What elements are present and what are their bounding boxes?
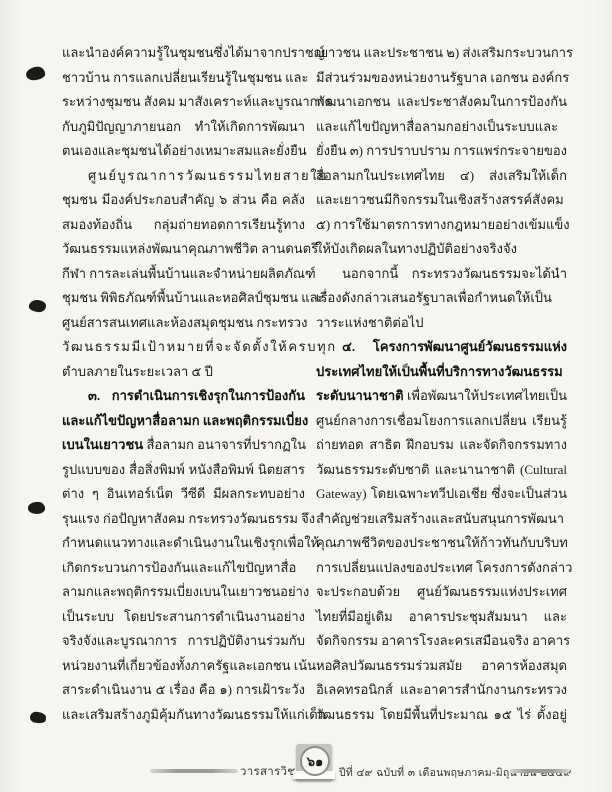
text-line: ให้บังเกิดผลในทางปฏิบัติอย่างจริงจัง [316,237,567,262]
text-line: ศูนย์สารสนเทศและห้องสมุดชุมชน กระทรวง [62,311,305,336]
ink-smudge [28,501,46,514]
text-line: สาระดำเนินงาน ๕ เรื่อง คือ ๑) การเฝ้าระว… [62,678,305,703]
text-line: พัฒนาเอกชน และประชาสังคมในการป้องกัน [316,90,567,115]
text-line: ตนเองและชุมชนได้อย่างเหมาะสมและยั่งยืน [62,139,305,164]
text-line: สมองท้องถิ่น กลุ่มถ่ายทอดการเรียนรู้ทาง [62,213,305,238]
text-line: รุนแรง ก่อปัญหาสังคม กระทรวงวัฒนธรรม จึง [62,507,305,532]
page-number-badge: ๖๑ [296,744,332,781]
scanned-document-page: และนำองค์ความรู้ในชุมชนซึ่งได้มาจากปราชญ… [0,0,612,792]
ink-smudge [29,711,46,724]
text-line: และนำองค์ความรู้ในชุมชนซึ่งได้มาจากปราชญ… [62,41,305,66]
page-footer: วารสารวิชาการ ๖๑ ปีที่ ๔๙ ฉบับที่ ๓ เดือ… [0,740,612,792]
text-line: วัฒนธรรมมีเป้าหมายที่จะจัดตั้งให้ครบทุก [62,335,305,360]
text-line: ๓. การดำเนินการเชิงรุกในการป้องกัน [62,384,305,409]
text-line: อิเลคทรอนิกส์ และอาคารสำนักงานกระทรวง [316,678,567,703]
ink-smudge [29,299,47,312]
bold-text: ๓. การดำเนินการเชิงรุกในการป้องกัน [88,388,305,403]
text-column-right: เยาวชน และประชาชน ๒) ส่งเสริมกระบวนการมี… [316,41,567,727]
page-number: ๖๑ [300,746,330,776]
text-line: จริงจังและบูรณาการ การปฏิบัติงานร่วมกับ [62,629,305,654]
ink-smudge [25,66,46,82]
text-line: ระดับนานาชาติ เพื่อพัฒนาให้ประเทศไทยเป็น [316,384,567,409]
text-line: ยั่งยืน ๓) การปราบปราม การแพร่กระจายของ [316,139,567,164]
text-line: ถ่ายทอด สาธิต ฝึกอบรม และจัดกิจกรรมทาง [316,433,567,458]
footer-rule-right [510,769,569,773]
text-line: กำหนดแนวทางและดำเนินงานในเชิงรุกเพื่อให้ [62,531,305,556]
text-line: วัฒนธรรม โดยมีพื้นที่ประมาณ ๑๕ ไร่ ตั้งอ… [316,703,567,728]
text-line: รูปแบบของ สื่อสิ่งพิมพ์ หนังสือพิมพ์ นิต… [62,458,305,483]
text-line: วัฒนธรรมระดับชาติ และนานาชาติ (Cultural [316,458,567,483]
text-line: และเยาวชนมีกิจกรรมในเชิงสร้างสรรค์สังคม [316,188,567,213]
text-line: เกิดกระบวนการป้องกันและแก้ไขปัญหาสื่อ [62,556,305,581]
text-line: การเปลี่ยนแปลงของประเทศ โครงการดังกล่าว [316,556,567,581]
text-line: มีส่วนร่วมของหน่วยงานรัฐบาล เอกชน องค์กร [316,66,567,91]
text-line: ๔. โครงการพัฒนาศูนย์วัฒนธรรมแห่ง [316,335,567,360]
text-line: ระหว่างชุมชน สังคม มาสังเคราะห์และบูรณาก… [62,90,305,115]
text-line: เป็นระบบ โดยประสานการดำเนินงานอย่าง [62,605,305,630]
text-line: ไทยที่มีอยู่เดิม อาคารประชุมสัมมนา และ [316,605,567,630]
footer-rule-left [150,769,238,773]
text-line: วาระแห่งชาติต่อไป [316,311,567,336]
bold-text: ระดับนานาชาติ [316,388,407,403]
text-line: ชุมชน มีองค์ประกอบสำคัญ ๖ ส่วน คือ คลัง [62,188,305,213]
text-line: กับภูมิปัญญาภายนอก ทำให้เกิดการพัฒนา [62,115,305,140]
text-line: และเสริมสร้างภูมิคุ้มกันทางวัฒนธรรมให้แก… [62,703,305,728]
text-line: Gateway) โดยเฉพาะทวีปเอเชีย ซึ่งจะเป็นส่… [316,482,567,507]
text-line: หอศิลปวัฒนธรรมร่วมสมัย อาคารห้องสมุด [316,654,567,679]
text-line: เยาวชน และประชาชน ๒) ส่งเสริมกระบวนการ [316,41,567,66]
text-line: เบนในเยาวชน สื่อลามก อนาจารที่ปรากฏใน [62,433,305,458]
text-line: ชาวบ้าน การแลกเปลี่ยนเรียนรู้ในชุมชน และ [62,66,305,91]
text-line: นอกจากนี้ กระทรวงวัฒนธรรมจะได้นำ [316,262,567,287]
bold-text: และแก้ไขปัญหาสื่อลามก และพฤติกรรมเบี่ยง [62,413,308,428]
bold-text: เบนในเยาวชน [62,437,146,452]
text-line: คุณภาพชีวิตของประชาชนให้ก้าวทันกับบริบท [316,531,567,556]
text-line: หน่วยงานที่เกี่ยวข้องทั้งภาครัฐและเอกชน … [62,654,305,679]
text-line: และแก้ไขปัญหาสื่อลามกอย่างเป็นระบบและ [316,115,567,140]
text-line: ตำบลภายในระยะเวลา ๕ ปี [62,360,305,385]
text-line: ๕) การใช้มาตรการทางกฎหมายอย่างเข้มแข็ง [316,213,567,238]
text-line: จัดกิจกรรม อาคารโรงละครเสมือนจริง อาคาร [316,629,567,654]
text-line: ลามกและพฤติกรรมเบี่ยงเบนในเยาวชนอย่าง [62,580,305,605]
bold-text: ประเทศไทยให้เป็นพื้นที่บริการทางวัฒนธรรม [316,364,563,379]
text-column-left: และนำองค์ความรู้ในชุมชนซึ่งได้มาจากปราชญ… [62,41,305,727]
bold-text: ๔. โครงการพัฒนาศูนย์วัฒนธรรมแห่ง [342,339,567,354]
text-line: วัฒนธรรมแหล่งพัฒนาคุณภาพชีวิต ลานดนตรี [62,237,305,262]
text-line: ศูนย์บูรณาการวัฒนธรรมไทยสายใย [62,164,305,189]
text-line: กีฬา การละเล่นพื้นบ้านและจำหน่ายผลิตภัณฑ… [62,262,305,287]
text-line: ชุมชน พิพิธภัณฑ์พื้นบ้านและหอศิลป์ชุมชน … [62,286,305,311]
text-line: ประเทศไทยให้เป็นพื้นที่บริการทางวัฒนธรรม [316,360,567,385]
text-line: สื่อลามกในประเทศไทย ๔) ส่งเสริมให้เด็ก [316,164,567,189]
text-line: จะประกอบด้วย ศูนย์วัฒนธรรมแห่งประเทศ [316,580,567,605]
text-line: และแก้ไขปัญหาสื่อลามก และพฤติกรรมเบี่ยง [62,409,305,434]
text-line: ต่าง ๆ อินเทอร์เน็ต วีซีดี มีผลกระทบอย่า… [62,482,305,507]
text-line: เรื่องดังกล่าวเสนอรัฐบาลเพื่อกำหนดให้เป็… [316,286,567,311]
text-line: สำคัญช่วยเสริมสร้างและสนับสนุนการพัฒนา [316,507,567,532]
text-line: ศูนย์กลางการเชื่อมโยงการแลกเปลี่ยน เรียน… [316,409,567,434]
